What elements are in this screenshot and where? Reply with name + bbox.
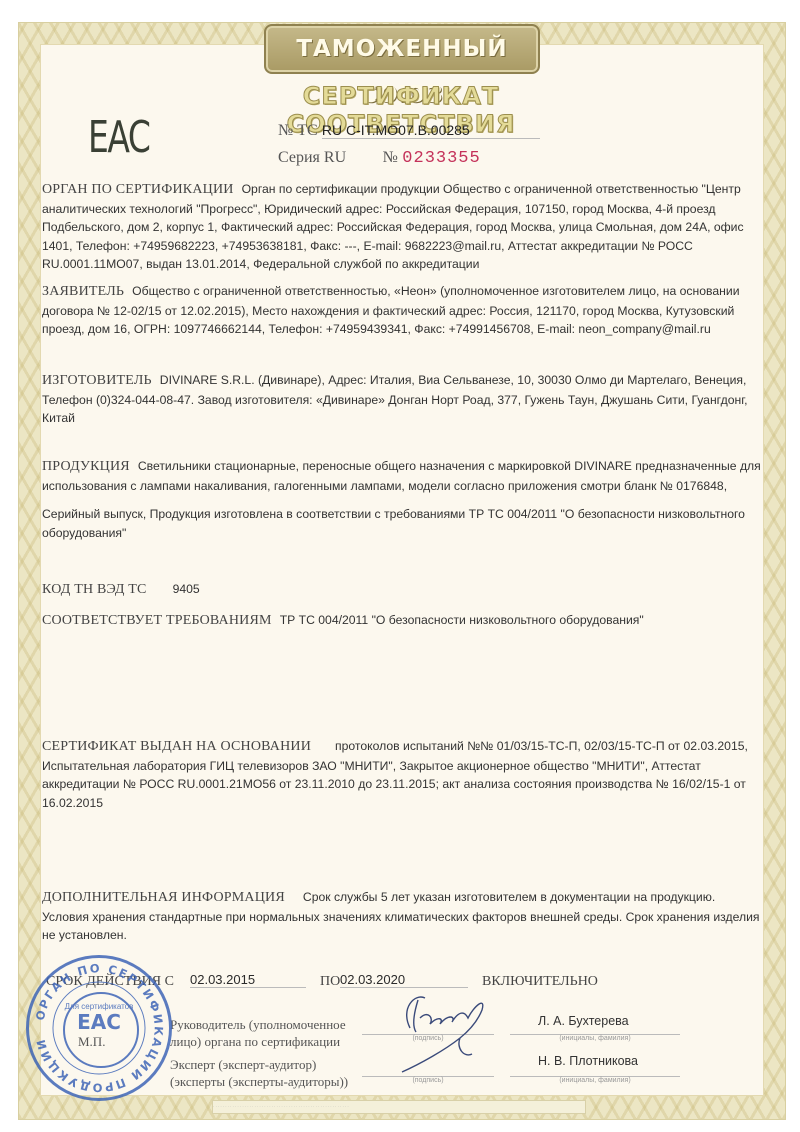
validity-from-date: 02.03.2015 [190, 972, 306, 988]
head-role-line1: Руководитель (уполномоченное [170, 1016, 346, 1033]
section-heading: КОД ТН ВЭД ТС [42, 582, 147, 597]
series-label: Серия RU [278, 149, 346, 166]
section-heading: СЕРТИФИКАТ ВЫДАН НА ОСНОВАНИИ [42, 739, 311, 754]
section-additional: ДОПОЛНИТЕЛЬНАЯ ИНФОРМАЦИЯСрок службы 5 л… [42, 888, 762, 945]
section-conforms: СООТВЕТСТВУЕТ ТРЕБОВАНИЯМТР ТС 004/2011 … [42, 611, 762, 631]
expert-role-line2: (эксперты (эксперты-аудиторы)) [170, 1073, 348, 1090]
head-role: Руководитель (уполномоченное лицо) орган… [170, 1016, 346, 1050]
section-heading: СООТВЕТСТВУЕТ ТРЕБОВАНИЯМ [42, 613, 272, 628]
form-print-footer: · · · · · · · · · · · · · · · · · · · · … [212, 1100, 586, 1114]
head-role-line2: лицо) органа по сертификации [170, 1033, 346, 1050]
section-tn-ved: КОД ТН ВЭД ТС9405 [42, 580, 762, 600]
section-text: ТР ТС 004/2011 "О безопасности низковоль… [280, 613, 644, 627]
section-applicant: ЗАЯВИТЕЛЬОбщество с ограниченной ответст… [42, 282, 762, 339]
series-line: Серия RU № 0233355 [278, 149, 481, 168]
section-basis: СЕРТИФИКАТ ВЫДАН НА ОСНОВАНИИпротоколов … [42, 737, 762, 812]
expert-role-line1: Эксперт (эксперт-аудитор) [170, 1056, 348, 1073]
expert-role: Эксперт (эксперт-аудитор) (эксперты (экс… [170, 1056, 348, 1090]
certification-body-stamp: ОРГАН ПО СЕРТИФИКАЦИИ ПРОДУКЦИИ Для серт… [26, 955, 172, 1101]
stamp-eac-icon: EAC [29, 1011, 169, 1033]
tn-ved-code: 9405 [173, 582, 200, 596]
validity-to-date: 02.03.2020 [340, 972, 468, 988]
stamp-center: Для сертификатов EAC [29, 1002, 169, 1033]
head-name-line: (инициалы, фамилия) [510, 1034, 680, 1042]
section-text-2: Серийный выпуск, Продукция изготовлена в… [42, 505, 762, 542]
section-certification-body: ОРГАН ПО СЕРТИФИКАЦИИОрган по сертификац… [42, 180, 762, 274]
head-name: Л. А. Бухтерева [538, 1014, 629, 1028]
section-manufacturer: ИЗГОТОВИТЕЛЬDIVINARE S.R.L. (Дивинаре), … [42, 371, 762, 428]
section-heading: ЗАЯВИТЕЛЬ [42, 284, 124, 299]
tc-label: № ТС [278, 122, 318, 139]
eac-logo-icon: EAC [88, 112, 135, 164]
handwritten-signature-icon [390, 988, 500, 1078]
section-heading: ДОПОЛНИТЕЛЬНАЯ ИНФОРМАЦИЯ [42, 890, 285, 905]
expert-name: Н. В. Плотникова [538, 1054, 638, 1068]
section-heading: ОРГАН ПО СЕРТИФИКАЦИИ [42, 182, 234, 197]
tc-number: RU C-IT.MO07.B.00285 [322, 122, 540, 139]
section-product: ПРОДУКЦИЯСветильники стационарные, перен… [42, 457, 762, 542]
blank-number: 0233355 [402, 149, 480, 168]
validity-to-label: ПО [320, 974, 340, 990]
number-label: № [383, 149, 398, 166]
section-text: Светильники стационарные, переносные общ… [42, 459, 761, 493]
tc-number-line: № ТС RU C-IT.MO07.B.00285 [278, 122, 540, 140]
customs-union-banner: ТАМОЖЕННЫЙ СОЮЗ [264, 24, 540, 74]
expert-name-line: (инициалы, фамилия) [510, 1076, 680, 1084]
section-heading: ПРОДУКЦИЯ [42, 459, 130, 474]
section-heading: ИЗГОТОВИТЕЛЬ [42, 373, 152, 388]
section-text: Общество с ограниченной ответственностью… [42, 284, 740, 336]
